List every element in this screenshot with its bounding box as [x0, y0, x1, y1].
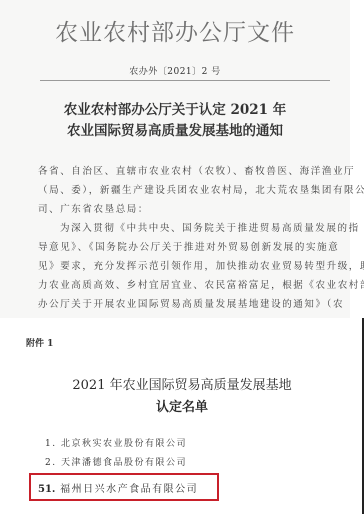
body-line-7: 力农业高质高效、乡村宜居宜业、农民富裕富足，根据《农业农村部: [38, 276, 364, 295]
attachment-title-line-1: 2021 年农业国际贸易高质量发展基地: [72, 378, 291, 393]
notice-title-line-1: 农业农村部办公厅关于认定 2021 年: [0, 100, 350, 121]
body-line-6: 见》要求，充分发挥示范引领作用，加快推动农业贸易转型升级，助: [38, 257, 364, 276]
body-line-1: 各省、自治区、直辖市农业农村（农牧）、畜牧兽医、海洋渔业厅: [38, 162, 355, 181]
document-number: 农办外〔2021〕2 号: [0, 64, 350, 77]
list-item-name: 北京秋实农业股份有限公司: [61, 439, 187, 449]
list-item-name: 天津潘德食品股份有限公司: [61, 458, 187, 468]
list-item-number: 1.: [45, 439, 57, 449]
highlighted-list-item: 51. 福州日兴水产食品有限公司: [38, 480, 198, 495]
attachment-label: 附件 1: [26, 336, 53, 349]
highlight-box: 51. 福州日兴水产食品有限公司: [29, 473, 219, 501]
attachment-title: 2021 年农业国际贸易高质量发展基地 认定名单: [0, 375, 364, 419]
document-header: 农业农村部办公厅文件: [0, 14, 350, 47]
list-item-number: 51.: [38, 484, 55, 495]
list-item-number: 2.: [45, 458, 57, 468]
header-divider: [40, 80, 330, 81]
body-line-2: （局、委），新疆生产建设兵团农业农村局，北大荒农垦集团有限公: [38, 181, 364, 200]
body-line-5: 导意见》、《国务院办公厅关于推进对外贸易创新发展的实施意: [38, 238, 339, 257]
body-line-4: 为深入贯彻《中共中央、国务院关于推进贸易高质量发展的指: [60, 219, 360, 238]
notice-page: 农业农村部办公厅文件 农办外〔2021〕2 号 农业农村部办公厅关于认定 202…: [0, 0, 350, 318]
notice-title-line-2: 农业国际贸易高质量发展基地的通知: [0, 121, 350, 142]
attachment-title-line-2: 认定名单: [0, 397, 364, 419]
list-item-name: 福州日兴水产食品有限公司: [60, 484, 198, 495]
list-item: 2. 天津潘德食品股份有限公司: [45, 455, 187, 468]
list-item: 1. 北京秋实农业股份有限公司: [45, 436, 187, 449]
body-line-8: 办公厅关于开展农业国际贸易高质量发展基地建设的通知》（农: [38, 295, 344, 314]
notice-title: 农业农村部办公厅关于认定 2021 年 农业国际贸易高质量发展基地的通知: [0, 100, 350, 142]
body-line-3: 司、广东省农垦总局：: [38, 200, 149, 219]
